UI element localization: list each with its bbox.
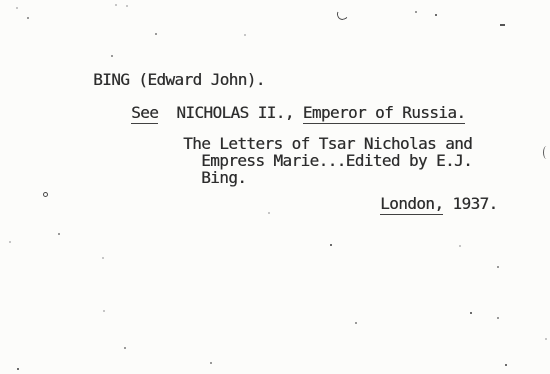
title-line-3: Bing.: [165, 152, 246, 203]
scan-ring-mark: [43, 192, 48, 197]
scan-speck: [497, 266, 499, 268]
scan-speck: [355, 322, 357, 324]
scan-speck: [115, 4, 117, 6]
title-text-3: Bing.: [201, 168, 246, 187]
scan-speck: [9, 241, 11, 243]
scan-speck: [459, 245, 461, 247]
scan-speck: [58, 233, 60, 235]
scan-dash-mark: [500, 24, 505, 26]
scan-speck: [124, 347, 126, 349]
scan-speck: [17, 368, 19, 370]
scan-speck: [330, 244, 332, 246]
scan-speck: [505, 364, 507, 366]
imprint-line: London, 1937.: [344, 178, 498, 229]
scan-squiggle-mark: [336, 8, 349, 22]
imprint-year: 1937.: [443, 194, 497, 213]
scan-speck: [16, 7, 18, 9]
scan-speck: [244, 34, 246, 36]
scan-speck: [497, 317, 499, 319]
scan-speck: [111, 55, 113, 57]
scan-speck: [103, 310, 105, 312]
scan-speck: [27, 17, 29, 19]
scan-speck: [268, 212, 270, 214]
scan-curve-mark: [543, 146, 550, 159]
scan-speck: [435, 14, 437, 16]
scan-speck: [126, 5, 128, 7]
scan-speck: [155, 33, 157, 35]
scan-speck: [102, 257, 104, 259]
imprint-place: London,: [380, 194, 443, 215]
scan-speck: [415, 11, 417, 13]
catalog-card: BING (Edward John). See NICHOLAS II., Em…: [0, 0, 550, 374]
scan-speck: [210, 362, 212, 364]
scan-speck: [470, 312, 472, 314]
scan-speck: [545, 338, 547, 340]
